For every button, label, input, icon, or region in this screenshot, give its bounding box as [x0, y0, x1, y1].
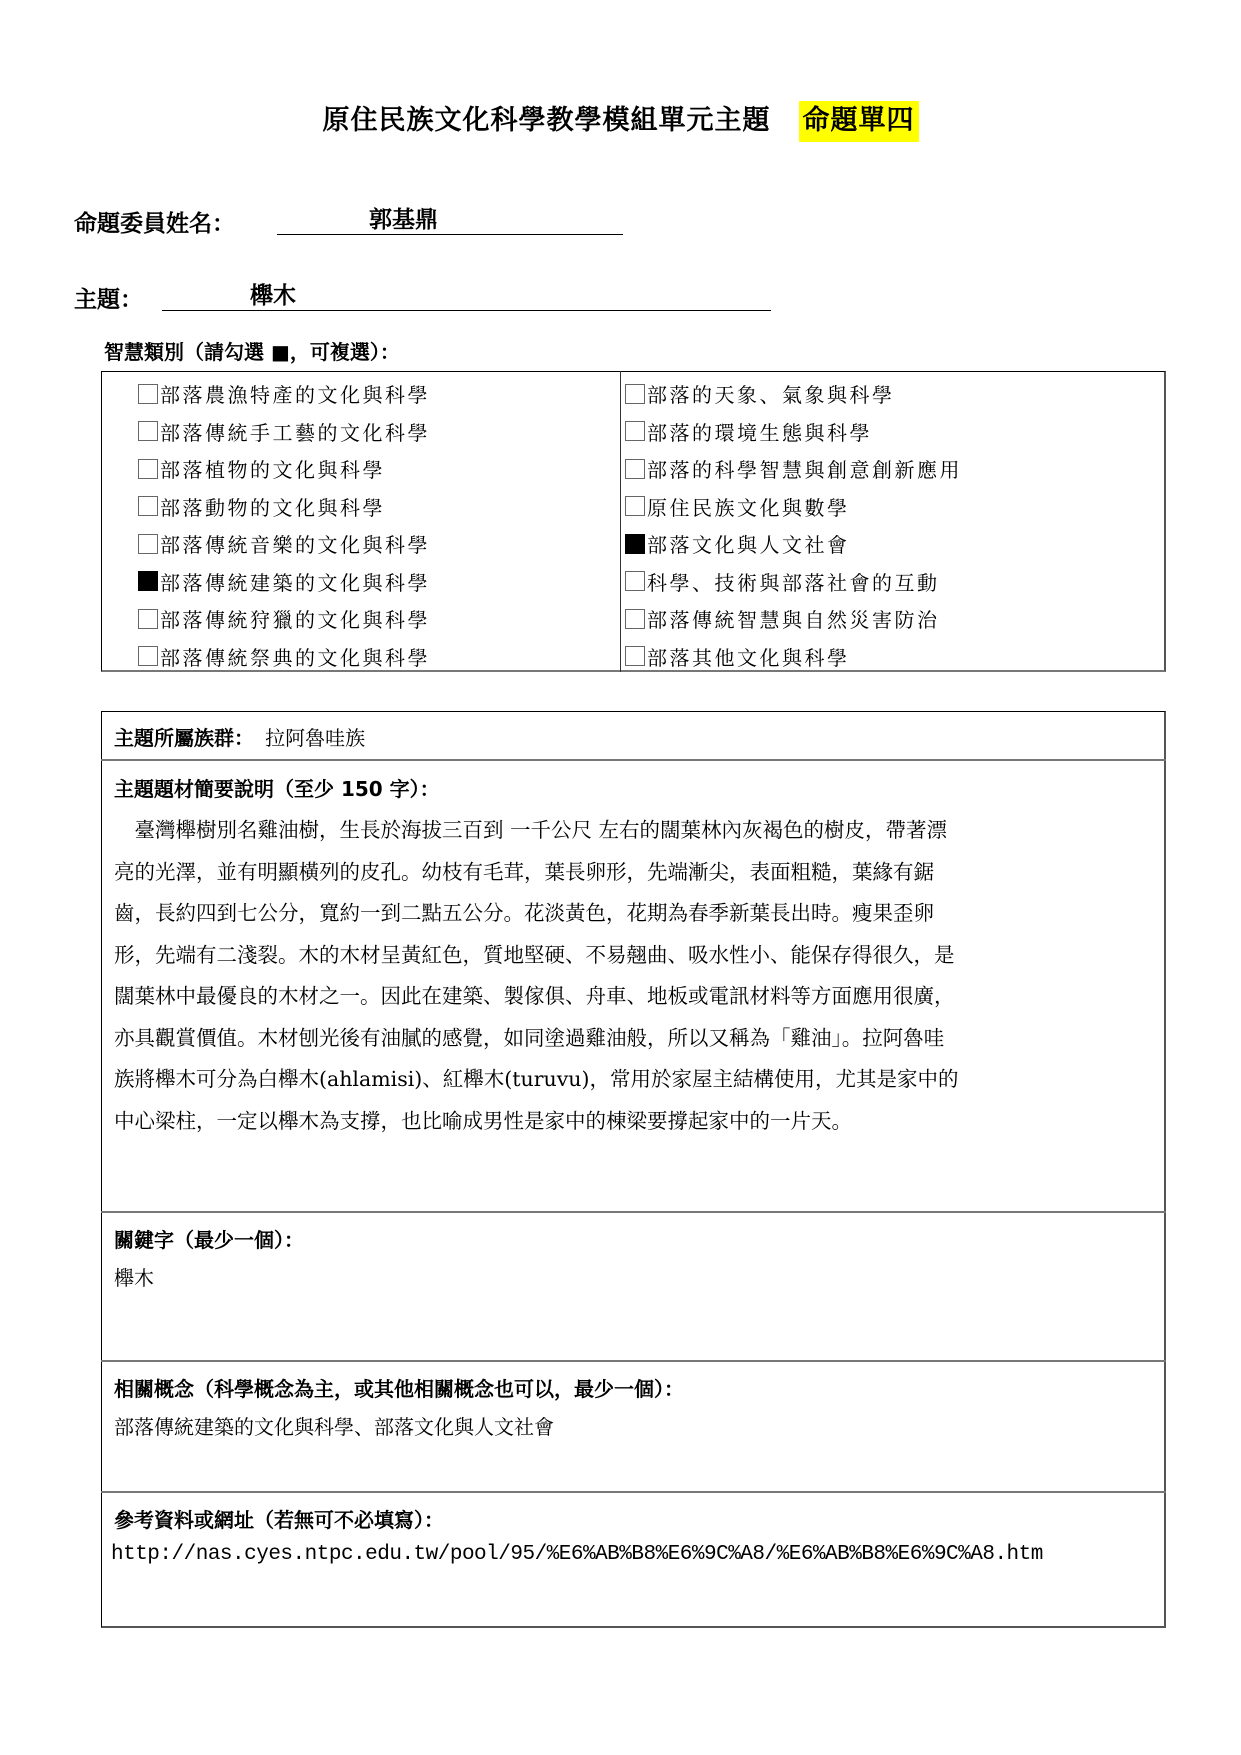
- category-label: 部落傳統智慧與自然災害防治: [647, 604, 940, 633]
- description-line: 形，先端有二淺裂。木的木材呈黃紅色，質地堅硬、不易翹曲、吸水性小、能保存得很久，…: [114, 935, 1154, 977]
- category-label: 科學、技術與部落社會的互動: [647, 567, 940, 596]
- category-item[interactable]: 部落的科學智慧與創意創新應用: [625, 450, 962, 488]
- row-divider: [101, 1491, 1166, 1493]
- description-line: 闊葉林中最優良的木材之一。因此在建築、製傢俱、舟車、地板或電訊材料等方面應用很廣…: [114, 976, 1154, 1018]
- topic-field[interactable]: 櫸木: [162, 281, 771, 311]
- category-item[interactable]: 部落其他文化與科學: [625, 638, 962, 676]
- references-label: 參考資料或網址（若無可不必填寫）：: [114, 1504, 444, 1533]
- title-main: 原住民族文化科學教學模組單元主題: [323, 105, 771, 136]
- ethnic-group-cell: 主題所屬族群： 拉阿魯哇族: [114, 722, 365, 751]
- category-item[interactable]: 原住民族文化與數學: [625, 488, 962, 526]
- description-label: 主題題材簡要說明（至少 150 字）：: [114, 773, 440, 802]
- category-label: 部落的科學智慧與創意創新應用: [647, 454, 962, 483]
- category-label: 部落植物的文化與科學: [160, 454, 385, 483]
- row-divider: [101, 1360, 1166, 1362]
- topic-value: 櫸木: [250, 283, 296, 309]
- checkbox-icon[interactable]: [625, 646, 645, 666]
- checkbox-icon[interactable]: [138, 534, 158, 554]
- checkbox-checked-icon[interactable]: [625, 534, 645, 554]
- description-line: 亦具觀賞價值。木材刨光後有油膩的感覺，如同塗過雞油般，所以又稱為「雞油」。拉阿魯…: [114, 1018, 1154, 1060]
- ethnic-group-value[interactable]: 拉阿魯哇族: [265, 726, 365, 750]
- category-label: 部落傳統手工藝的文化科學: [160, 417, 430, 446]
- category-label: 部落傳統狩獵的文化與科學: [160, 604, 430, 633]
- concepts-value[interactable]: 部落傳統建築的文化與科學、部落文化與人文社會: [114, 1411, 554, 1440]
- checkbox-icon[interactable]: [138, 459, 158, 479]
- category-item[interactable]: 部落的天象、氣象與科學: [625, 375, 962, 413]
- category-list-left: 部落農漁特產的文化與科學 部落傳統手工藝的文化科學 部落植物的文化與科學 部落動…: [138, 375, 430, 675]
- category-label: 部落文化與人文社會: [647, 529, 850, 558]
- row-divider: [101, 1211, 1166, 1213]
- concepts-label: 相關概念（科學概念為主，或其他相關概念也可以，最少一個）：: [114, 1373, 684, 1402]
- category-item[interactable]: 部落動物的文化與科學: [138, 488, 430, 526]
- description-line: 齒，長約四到七公分，寬約一到二點五公分。花淡黃色，花期為春季新葉長出時。瘦果歪卵: [114, 893, 1154, 935]
- checkbox-icon[interactable]: [625, 421, 645, 441]
- category-section-title: 智慧類別（請勾選 ■，可複選）：: [104, 336, 400, 365]
- category-list-right: 部落的天象、氣象與科學 部落的環境生態與科學 部落的科學智慧與創意創新應用 原住…: [625, 375, 962, 675]
- committee-name-field[interactable]: 郭基鼎: [277, 205, 623, 235]
- checkbox-icon[interactable]: [625, 384, 645, 404]
- description-line: 亮的光澤，並有明顯橫列的皮孔。幼枝有毛茸，葉長卵形，先端漸尖，表面粗糙，葉緣有鋸: [114, 852, 1154, 894]
- category-item[interactable]: 部落文化與人文社會: [625, 525, 962, 563]
- description-text[interactable]: 臺灣櫸樹別名雞油樹，生長於海拔三百到 一千公尺 左右的闊葉林內灰褐色的樹皮，帶著…: [114, 810, 1154, 1142]
- checkbox-icon[interactable]: [625, 571, 645, 591]
- category-item[interactable]: 部落傳統祭典的文化與科學: [138, 638, 430, 676]
- category-item[interactable]: 部落傳統音樂的文化與科學: [138, 525, 430, 563]
- category-label: 部落的天象、氣象與科學: [647, 379, 895, 408]
- keywords-label: 關鍵字（最少一個）：: [114, 1224, 304, 1253]
- category-item[interactable]: 科學、技術與部落社會的互動: [625, 563, 962, 601]
- description-line: 臺灣櫸樹別名雞油樹，生長於海拔三百到 一千公尺 左右的闊葉林內灰褐色的樹皮，帶著…: [114, 810, 1154, 852]
- topic-label: 主題：: [74, 281, 143, 314]
- keywords-value[interactable]: 櫸木: [114, 1262, 154, 1291]
- category-label: 部落的環境生態與科學: [647, 417, 872, 446]
- description-line: 中心梁柱，一定以櫸木為支撐，也比喻成男性是家中的棟梁要撐起家中的一片天。: [114, 1101, 1154, 1143]
- checkbox-icon[interactable]: [625, 496, 645, 516]
- category-label: 部落傳統建築的文化與科學: [160, 567, 430, 596]
- row-divider: [101, 759, 1166, 761]
- checkbox-icon[interactable]: [138, 609, 158, 629]
- category-item[interactable]: 部落的環境生態與科學: [625, 413, 962, 451]
- category-item[interactable]: 部落植物的文化與科學: [138, 450, 430, 488]
- description-line: 族將櫸木可分為白櫸木(ahlamisi)、紅櫸木(turuvu)，常用於家屋主結…: [114, 1059, 1154, 1101]
- title-highlight-badge: 命題單四: [799, 101, 919, 142]
- checkbox-checked-icon[interactable]: [138, 571, 158, 591]
- category-item[interactable]: 部落傳統手工藝的文化科學: [138, 413, 430, 451]
- ethnic-group-label: 主題所屬族群：: [114, 726, 254, 750]
- category-label: 部落傳統音樂的文化與科學: [160, 529, 430, 558]
- page-title: 原住民族文化科學教學模組單元主題命題單四: [0, 96, 1241, 146]
- category-label: 部落其他文化與科學: [647, 642, 850, 671]
- category-label: 部落農漁特產的文化與科學: [160, 379, 430, 408]
- category-label: 部落傳統祭典的文化與科學: [160, 642, 430, 671]
- checkbox-icon[interactable]: [138, 421, 158, 441]
- category-label: 原住民族文化與數學: [647, 492, 850, 521]
- checkbox-icon[interactable]: [138, 646, 158, 666]
- category-item[interactable]: 部落傳統狩獵的文化與科學: [138, 600, 430, 638]
- category-label: 部落動物的文化與科學: [160, 492, 385, 521]
- checkbox-icon[interactable]: [625, 609, 645, 629]
- category-item[interactable]: 部落農漁特產的文化與科學: [138, 375, 430, 413]
- category-item[interactable]: 部落傳統智慧與自然災害防治: [625, 600, 962, 638]
- checkbox-icon[interactable]: [138, 384, 158, 404]
- references-url-link[interactable]: http://nas.cyes.ntpc.edu.tw/pool/95/%E6%…: [111, 1543, 1043, 1566]
- committee-name-value: 郭基鼎: [369, 207, 438, 233]
- category-item[interactable]: 部落傳統建築的文化與科學: [138, 563, 430, 601]
- category-column-divider: [620, 371, 621, 672]
- committee-label: 命題委員姓名：: [74, 205, 235, 238]
- checkbox-icon[interactable]: [138, 496, 158, 516]
- checkbox-icon[interactable]: [625, 459, 645, 479]
